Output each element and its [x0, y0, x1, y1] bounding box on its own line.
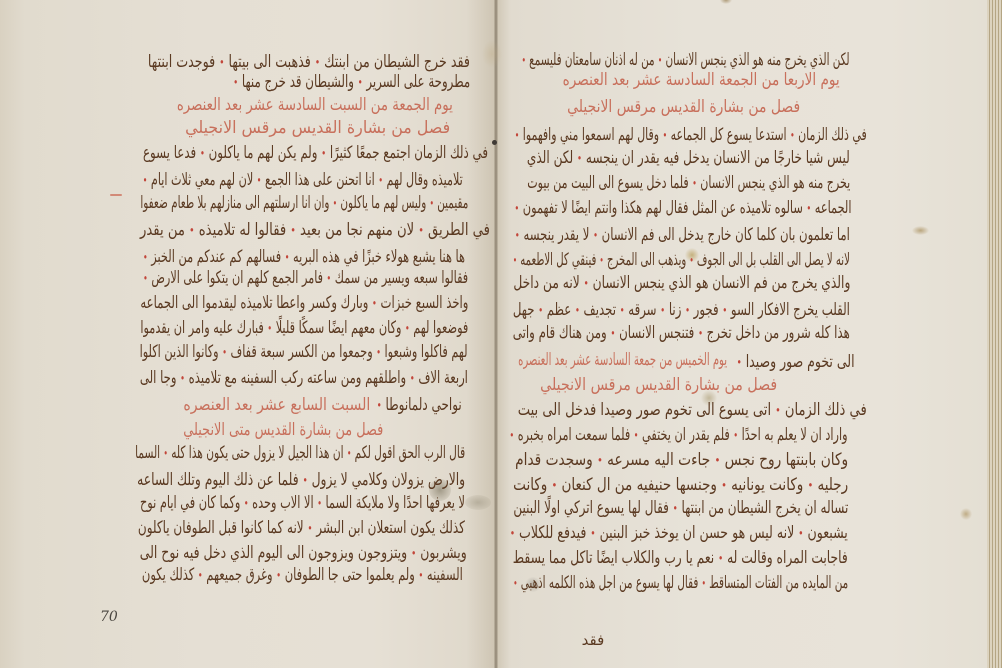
line-text: ليس شيا خارجًا من الانسان يدخل فيه يقدر …: [527, 146, 850, 170]
manuscript-line: الى تخوم صور وصيدا •: [737, 350, 855, 374]
line-text: وكان بابنتها روح نجس • جاءت اليه مسرعه •…: [515, 448, 848, 472]
manuscript-line: ليس شيا خارجًا من الانسان يدخل فيه يقدر …: [527, 146, 850, 170]
line-text: اما تعلمون بان كلما كان خارج يدخل الى فم…: [515, 223, 850, 247]
rubric-heading: فصل من بشارة القديس مرقس الانجيلي: [567, 95, 800, 119]
line-text: في ذلك الزمان • استدعا يسوع كل الجماعه •…: [515, 123, 867, 147]
manuscript-line: اما تعلمون بان كلما كان خارج يدخل الى فم…: [515, 223, 850, 247]
manuscript-line: تساله ان يخرج الشيطان من ابنتها • فقال ل…: [513, 496, 848, 520]
rubric-heading: يوم الخميس من جمعة السادسة عشر بعد العنص…: [518, 348, 727, 372]
line-text: فاجابت المراه وقالت له • نعم يا رب والكل…: [513, 546, 848, 570]
line-text: من المايده من الفتات المتساقط • فقال لها…: [513, 571, 848, 595]
manuscript-line: القلب يخرج الافكار السو • فجور • زنا • س…: [513, 298, 850, 322]
manuscript-line: مطروحة على السرير • والشيطان قد خرج منها…: [233, 70, 470, 94]
manuscript-line: الجماعه • سالوه تلاميذه عن المثل فقال له…: [515, 196, 852, 220]
line-text: الجماعه • سالوه تلاميذه عن المثل فقال له…: [515, 196, 852, 220]
rubric-heading: يوم الجمعة من السبت السادسة عشر بعد العن…: [177, 93, 453, 117]
rubric-text: فصل من بشارة القديس مرقس الانجيلي: [567, 95, 800, 119]
manuscript-line: وكان بابنتها روح نجس • جاءت اليه مسرعه •…: [515, 448, 848, 472]
stain: [960, 508, 972, 520]
line-text: رجليه • وكانت يونانيه • وجنسها حنيفيه من…: [513, 473, 848, 497]
manuscript-line: فاجابت المراه وقالت له • نعم يا رب والكل…: [513, 546, 848, 570]
line-text: والارض يزولان وكلامي لا يزول • فلما عن ذ…: [137, 468, 465, 492]
line-text: لانه لا يصل الى القلب بل الى الجوف • ويذ…: [513, 248, 850, 272]
rubric-text: فصل من بشارة القديس مرقس الانجيلي: [540, 373, 777, 397]
manuscript-line: واراد ان لا يعلم به احدًا • فلم يقدر ان …: [510, 423, 848, 447]
rubric-heading: يوم الاربعا من الجمعة السادسة عشر بعد ال…: [563, 68, 840, 92]
line-text: الى تخوم صور وصيدا •: [737, 350, 855, 374]
manuscript-line: والارض يزولان وكلامي لا يزول • فلما عن ذ…: [137, 468, 465, 492]
line-text: في ذلك الزمان • اتى يسوع الى تخوم صور وص…: [518, 398, 867, 422]
rubric-text: السبت السابع عشر بعد العنصره: [183, 393, 370, 417]
rubric-text: يوم الخميس من جمعة السادسة عشر بعد العنص…: [518, 348, 727, 372]
manuscript-line: هذا كله شرور من داخل تخرج • فتنجس الانسا…: [513, 321, 850, 345]
manuscript-line: والذي يخرج من فم الانسان هو الذي ينجس ال…: [513, 271, 850, 295]
line-text: مطروحة على السرير • والشيطان قد خرج منها…: [233, 70, 470, 94]
rubric-heading: السبت السابع عشر بعد العنصره: [183, 393, 370, 417]
manuscript-line: في ذلك الزمان • اتى يسوع الى تخوم صور وص…: [518, 398, 867, 422]
rubric-text: يوم الجمعة من السبت السادسة عشر بعد العن…: [177, 93, 453, 117]
manuscript-line: من المايده من الفتات المتساقط • فقال لها…: [513, 571, 848, 595]
line-text: يخرج منه هو الذي ينجس الانسان • فلما دخل…: [527, 171, 850, 195]
manuscript-line: رجليه • وكانت يونانيه • وجنسها حنيفيه من…: [513, 473, 848, 497]
stain: [912, 226, 929, 235]
manuscript-line: في ذلك الزمان • استدعا يسوع كل الجماعه •…: [515, 123, 867, 147]
manuscript-line: يشبعون • لانه ليس هو حسن ان يوخذ خبز الب…: [510, 521, 848, 545]
line-text: تساله ان يخرج الشيطان من ابنتها • فقال ل…: [513, 496, 848, 520]
folio-number: 70: [100, 609, 118, 625]
line-text: القلب يخرج الافكار السو • فجور • زنا • س…: [513, 298, 850, 322]
line-text: يشبعون • لانه ليس هو حسن ان يوخذ خبز الب…: [510, 521, 848, 545]
rubric-heading: فصل من بشارة القديس مرقس الانجيلي: [540, 373, 777, 397]
line-text: هذا كله شرور من داخل تخرج • فتنجس الانسا…: [513, 321, 850, 345]
line-text: واراد ان لا يعلم به احدًا • فلم يقدر ان …: [510, 423, 848, 447]
rubric-text: يوم الاربعا من الجمعة السادسة عشر بعد ال…: [563, 68, 840, 92]
manuscript-line: يخرج منه هو الذي ينجس الانسان • فلما دخل…: [527, 171, 850, 195]
catchword: فقد: [578, 628, 608, 652]
page-stack-edges: [987, 0, 1002, 668]
line-text: والذي يخرج من فم الانسان هو الذي ينجس ال…: [513, 271, 850, 295]
manuscript-line: لانه لا يصل الى القلب بل الى الجوف • ويذ…: [513, 248, 850, 272]
